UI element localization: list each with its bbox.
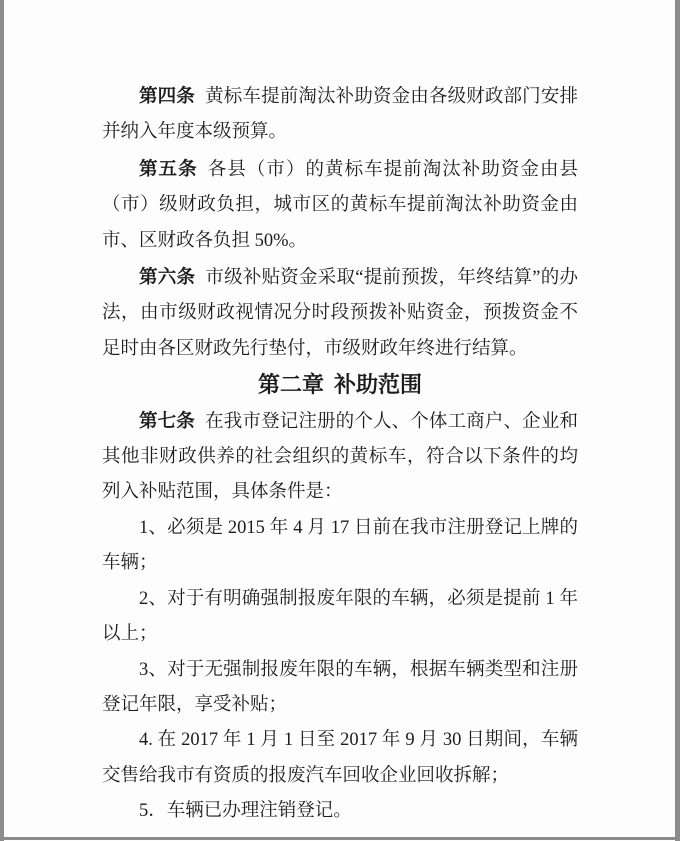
article-7-number: 第七条 xyxy=(139,410,195,431)
article-6-paragraph: 第六条市级补贴资金采取“提前预拨，年终结算”的办法，由市级财政视情况分时段预拨补… xyxy=(102,259,578,367)
condition-item-3: 3、对于无强制报废年限的车辆，根据车辆类型和注册登记年限，享受补贴； xyxy=(102,653,578,724)
condition-item-5: 5．车辆已办理注销登记。 xyxy=(102,794,578,829)
article-5-paragraph: 第五条各县（市）的黄标车提前淘汰补助资金由县（市）级财政负担，城市区的黄标车提前… xyxy=(102,151,578,259)
article-4-paragraph: 第四条黄标车提前淘汰补助资金由各级财政部门安排并纳入年度本级预算。 xyxy=(102,78,578,151)
condition-item-4: 4. 在 2017 年 1 月 1 日至 2017 年 9 月 30 日期间，车… xyxy=(102,723,578,794)
document-page: 第四条黄标车提前淘汰补助资金由各级财政部门安排并纳入年度本级预算。 第五条各县（… xyxy=(0,0,680,830)
page-edge-bottom xyxy=(0,837,680,840)
chapter-2-number: 第二章 xyxy=(258,372,324,397)
document-viewer: 第四条黄标车提前淘汰补助资金由各级财政部门安排并纳入年度本级预算。 第五条各县（… xyxy=(0,0,680,841)
article-7-paragraph: 第七条在我市登记注册的个人、个体工商户、企业和其他非财政供养的社会组织的黄标车，… xyxy=(102,403,578,511)
condition-item-2: 2、对于有明确强制报废年限的车辆，必须是提前 1 年以上； xyxy=(102,582,578,653)
condition-item-1: 1、必须是 2015 年 4 月 17 日前在我市注册登记上牌的车辆； xyxy=(102,511,578,582)
article-5-number: 第五条 xyxy=(139,158,198,179)
page-edge-left xyxy=(0,0,4,841)
chapter-2-heading: 第二章补助范围 xyxy=(102,367,578,402)
article-4-number: 第四条 xyxy=(139,85,195,106)
article-6-number: 第六条 xyxy=(139,266,195,287)
page-edge-right xyxy=(675,0,680,841)
chapter-2-title: 补助范围 xyxy=(334,372,422,397)
